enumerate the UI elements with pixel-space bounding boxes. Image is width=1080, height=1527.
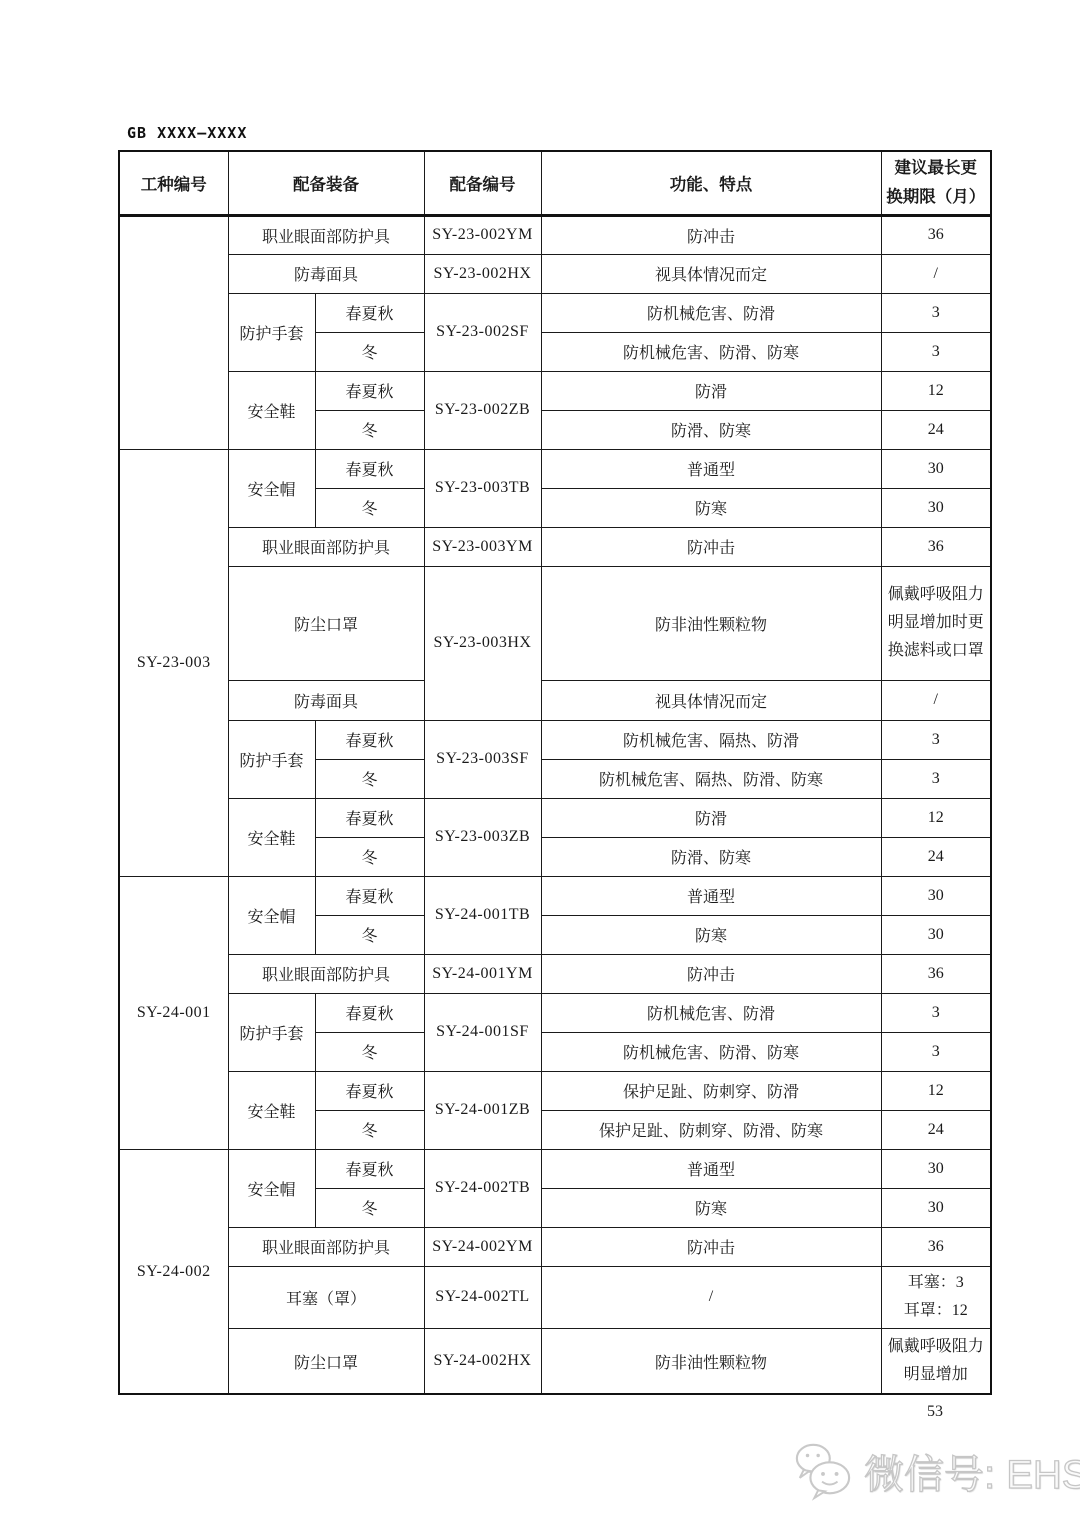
cell-period: 30	[881, 449, 991, 488]
cell-season: 冬	[315, 332, 424, 371]
table-row: 安全鞋 春夏秋 SY-24-001ZB 保护足趾、防刺穿、防滑 12	[119, 1071, 991, 1110]
cell-equip: 防护手套	[228, 720, 315, 798]
cell-period-line2: 耳罩：12	[886, 1297, 987, 1325]
cell-period: 12	[881, 1071, 991, 1110]
cell-func: 防寒	[541, 915, 881, 954]
cell-season: 春夏秋	[315, 293, 424, 332]
cell-code: SY-24-001YM	[424, 954, 541, 993]
cell-period: 佩戴呼吸阻力明显增加	[881, 1328, 991, 1394]
cell-job-code: SY-24-002	[119, 1149, 228, 1394]
cell-equip: 防毒面具	[228, 254, 424, 293]
cell-season: 春夏秋	[315, 993, 424, 1032]
cell-code: SY-24-002HX	[424, 1328, 541, 1394]
cell-job-code: SY-23-003	[119, 449, 228, 876]
cell-func: 视具体情况而定	[541, 680, 881, 720]
header-equip-code: 配备编号	[424, 151, 541, 215]
cell-season: 春夏秋	[315, 449, 424, 488]
cell-season: 冬	[315, 1110, 424, 1149]
cell-job-code: SY-24-001	[119, 876, 228, 1149]
cell-period: 36	[881, 1227, 991, 1266]
cell-period: 36	[881, 215, 991, 254]
cell-period: 耳塞：3 耳罩：12	[881, 1266, 991, 1328]
cell-func: 普通型	[541, 449, 881, 488]
cell-func: 防机械危害、隔热、防滑、防寒	[541, 759, 881, 798]
table-row: 耳塞（罩） SY-24-002TL / 耳塞：3 耳罩：12	[119, 1266, 991, 1328]
cell-period: 30	[881, 1188, 991, 1227]
table-row: 防毒面具 视具体情况而定 /	[119, 680, 991, 720]
cell-equip: 安全帽	[228, 1149, 315, 1227]
cell-func: 防寒	[541, 1188, 881, 1227]
cell-code: SY-24-001TB	[424, 876, 541, 954]
cell-period: 24	[881, 837, 991, 876]
header-equipment: 配备装备	[228, 151, 424, 215]
wechat-icon	[792, 1441, 854, 1501]
table-row: 防毒面具 SY-23-002HX 视具体情况而定 /	[119, 254, 991, 293]
cell-season: 春夏秋	[315, 798, 424, 837]
cell-period: 佩戴呼吸阻力明显增加时更换滤料或口罩	[881, 566, 991, 680]
cell-season: 冬	[315, 488, 424, 527]
cell-equip: 安全帽	[228, 876, 315, 954]
cell-equip: 安全鞋	[228, 1071, 315, 1149]
cell-func: 防冲击	[541, 954, 881, 993]
cell-season: 冬	[315, 1188, 424, 1227]
cell-code: SY-23-003TB	[424, 449, 541, 527]
cell-period: 3	[881, 1032, 991, 1071]
cell-equip: 防毒面具	[228, 680, 424, 720]
cell-code: SY-24-002YM	[424, 1227, 541, 1266]
cell-code: SY-23-003YM	[424, 527, 541, 566]
cell-period: 3	[881, 720, 991, 759]
table-row: 防尘口罩 SY-23-003HX 防非油性颗粒物 佩戴呼吸阻力明显增加时更换滤料…	[119, 566, 991, 680]
cell-func: 防冲击	[541, 215, 881, 254]
table-row: SY-24-002 安全帽 春夏秋 SY-24-002TB 普通型 30	[119, 1149, 991, 1188]
cell-func: /	[541, 1266, 881, 1328]
cell-code: SY-24-002TL	[424, 1266, 541, 1328]
cell-period: 24	[881, 1110, 991, 1149]
cell-season: 冬	[315, 410, 424, 449]
cell-code: SY-23-002SF	[424, 293, 541, 371]
cell-period: 12	[881, 798, 991, 837]
cell-equip: 职业眼面部防护具	[228, 954, 424, 993]
cell-equip: 防尘口罩	[228, 1328, 424, 1394]
cell-equip: 职业眼面部防护具	[228, 215, 424, 254]
cell-func: 防机械危害、防滑	[541, 993, 881, 1032]
document-code-header: GB XXXX—XXXX	[127, 124, 247, 142]
cell-job-code	[119, 215, 228, 449]
table-row: 职业眼面部防护具 SY-24-002YM 防冲击 36	[119, 1227, 991, 1266]
cell-period: 3	[881, 332, 991, 371]
table-row: 防护手套 春夏秋 SY-24-001SF 防机械危害、防滑 3	[119, 993, 991, 1032]
cell-func: 防冲击	[541, 527, 881, 566]
cell-code: SY-23-002HX	[424, 254, 541, 293]
header-period-line1: 建议最长更	[886, 154, 987, 183]
cell-func: 防冲击	[541, 1227, 881, 1266]
page-number: 53	[900, 1403, 970, 1421]
cell-equip: 防护手套	[228, 293, 315, 371]
header-period-line2: 换期限（月）	[886, 183, 987, 212]
cell-code: SY-24-001ZB	[424, 1071, 541, 1149]
cell-season: 春夏秋	[315, 1071, 424, 1110]
table-row: 职业眼面部防护具 SY-24-001YM 防冲击 36	[119, 954, 991, 993]
watermark-text: 微信号: EHSCity	[864, 1443, 1080, 1500]
cell-equip: 安全鞋	[228, 371, 315, 449]
cell-season: 春夏秋	[315, 371, 424, 410]
cell-code: SY-23-002YM	[424, 215, 541, 254]
cell-season: 冬	[315, 837, 424, 876]
cell-equip: 安全鞋	[228, 798, 315, 876]
cell-equip: 职业眼面部防护具	[228, 1227, 424, 1266]
cell-func: 防机械危害、隔热、防滑	[541, 720, 881, 759]
table-row: SY-24-001 安全帽 春夏秋 SY-24-001TB 普通型 30	[119, 876, 991, 915]
table-row: SY-23-003 安全帽 春夏秋 SY-23-003TB 普通型 30	[119, 449, 991, 488]
cell-period-line1: 耳塞：3	[886, 1269, 987, 1297]
cell-period: 12	[881, 371, 991, 410]
header-features: 功能、特点	[541, 151, 881, 215]
cell-code: SY-23-003ZB	[424, 798, 541, 876]
cell-season: 春夏秋	[315, 876, 424, 915]
cell-equip: 防护手套	[228, 993, 315, 1071]
cell-equip: 安全帽	[228, 449, 315, 527]
cell-period: 30	[881, 876, 991, 915]
cell-season: 冬	[315, 915, 424, 954]
cell-period: 24	[881, 410, 991, 449]
cell-period: 30	[881, 1149, 991, 1188]
cell-func: 防机械危害、防滑、防寒	[541, 1032, 881, 1071]
cell-period: 36	[881, 527, 991, 566]
table-row: 职业眼面部防护具 SY-23-003YM 防冲击 36	[119, 527, 991, 566]
cell-season: 春夏秋	[315, 1149, 424, 1188]
cell-func: 防滑、防寒	[541, 837, 881, 876]
cell-equip: 耳塞（罩）	[228, 1266, 424, 1328]
ppe-equipment-table: 工种编号 配备装备 配备编号 功能、特点 建议最长更 换期限（月） 职业眼面部防…	[118, 150, 992, 1395]
cell-season: 冬	[315, 759, 424, 798]
cell-period: 36	[881, 954, 991, 993]
cell-period: /	[881, 254, 991, 293]
cell-equip: 防尘口罩	[228, 566, 424, 680]
header-period: 建议最长更 换期限（月）	[881, 151, 991, 215]
cell-func: 防非油性颗粒物	[541, 566, 881, 680]
cell-func: 防寒	[541, 488, 881, 527]
cell-period: 3	[881, 993, 991, 1032]
cell-code: SY-24-001SF	[424, 993, 541, 1071]
cell-period: 30	[881, 915, 991, 954]
cell-code: SY-23-002ZB	[424, 371, 541, 449]
wechat-watermark: 微信号: EHSCity	[792, 1441, 1080, 1501]
cell-func: 防非油性颗粒物	[541, 1328, 881, 1394]
cell-equip: 职业眼面部防护具	[228, 527, 424, 566]
cell-func: 保护足趾、防刺穿、防滑	[541, 1071, 881, 1110]
cell-func: 防机械危害、防滑、防寒	[541, 332, 881, 371]
cell-period: 30	[881, 488, 991, 527]
cell-period: 3	[881, 759, 991, 798]
cell-code: SY-24-002TB	[424, 1149, 541, 1227]
cell-func: 防滑	[541, 371, 881, 410]
cell-func: 普通型	[541, 876, 881, 915]
cell-func: 普通型	[541, 1149, 881, 1188]
cell-code: SY-23-003HX	[424, 566, 541, 720]
cell-func: 视具体情况而定	[541, 254, 881, 293]
cell-code: SY-23-003SF	[424, 720, 541, 798]
table-row: 防尘口罩 SY-24-002HX 防非油性颗粒物 佩戴呼吸阻力明显增加	[119, 1328, 991, 1394]
cell-season: 冬	[315, 1032, 424, 1071]
table-row: 安全鞋 春夏秋 SY-23-002ZB 防滑 12	[119, 371, 991, 410]
cell-func: 防滑	[541, 798, 881, 837]
table-header-row: 工种编号 配备装备 配备编号 功能、特点 建议最长更 换期限（月）	[119, 151, 991, 215]
cell-period: 3	[881, 293, 991, 332]
table-row: 安全鞋 春夏秋 SY-23-003ZB 防滑 12	[119, 798, 991, 837]
cell-func: 防滑、防寒	[541, 410, 881, 449]
table-row: 防护手套 春夏秋 SY-23-003SF 防机械危害、隔热、防滑 3	[119, 720, 991, 759]
cell-season: 春夏秋	[315, 720, 424, 759]
cell-period: /	[881, 680, 991, 720]
header-job-code: 工种编号	[119, 151, 228, 215]
cell-func: 防机械危害、防滑	[541, 293, 881, 332]
table-row: 职业眼面部防护具 SY-23-002YM 防冲击 36	[119, 215, 991, 254]
cell-func: 保护足趾、防刺穿、防滑、防寒	[541, 1110, 881, 1149]
table-row: 防护手套 春夏秋 SY-23-002SF 防机械危害、防滑 3	[119, 293, 991, 332]
